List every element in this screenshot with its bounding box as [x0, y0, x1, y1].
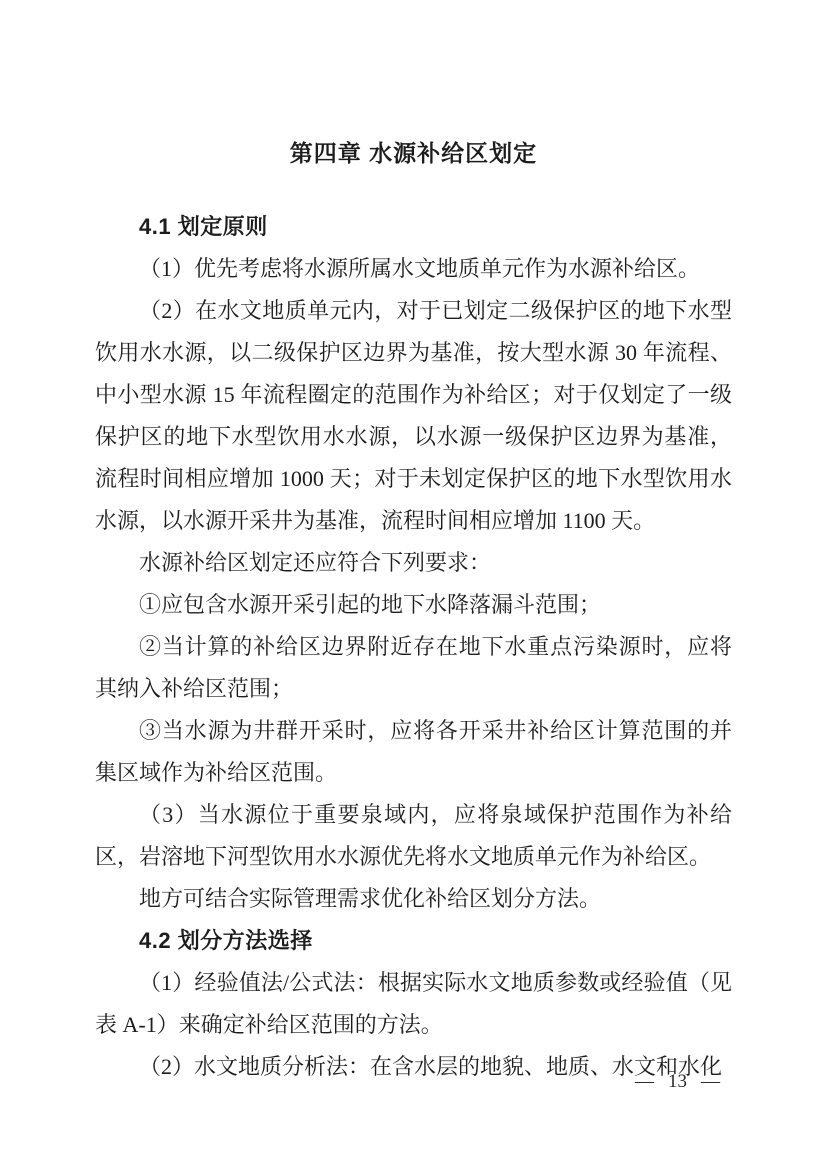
paragraph-principle-3: （3）当水源位于重要泉域内，应将泉域保护范围作为补给区，岩溶地下河型饮用水水源优… — [95, 794, 732, 878]
page-number: —13— — [635, 1070, 720, 1094]
footer-right-dash: — — [701, 1071, 720, 1092]
document-page: 第四章 水源补给区划定 4.1 划定原则 （1）优先考虑将水源所属水文地质单元作… — [0, 0, 826, 1169]
paragraph-requirement-1: ①应包含水源开采引起的地下水降落漏斗范围； — [95, 584, 732, 626]
chapter-title: 第四章 水源补给区划定 — [95, 0, 732, 170]
section-heading-4-2: 4.2 划分方法选择 — [95, 920, 732, 962]
paragraph-principle-2: （2）在水文地质单元内，对于已划定二级保护区的地下水型饮用水水源，以二级保护区边… — [95, 290, 732, 542]
footer-page-number: 13 — [668, 1071, 687, 1092]
paragraph-principle-1: （1）优先考虑将水源所属水文地质单元作为水源补给区。 — [95, 248, 732, 290]
paragraph-method-1: （1）经验值法/公式法：根据实际水文地质参数或经验值（见表 A-1）来确定补给区… — [95, 962, 732, 1046]
footer-left-dash: — — [635, 1071, 654, 1092]
paragraph-requirement-2: ②当计算的补给区边界附近存在地下水重点污染源时，应将其纳入补给区范围； — [95, 626, 732, 710]
paragraph-requirements-intro: 水源补给区划定还应符合下列要求： — [95, 542, 732, 584]
page-content: 第四章 水源补给区划定 4.1 划定原则 （1）优先考虑将水源所属水文地质单元作… — [95, 0, 732, 1088]
section-heading-4-1: 4.1 划定原则 — [95, 206, 732, 248]
paragraph-requirement-3: ③当水源为井群开采时，应将各开采井补给区计算范围的并集区域作为补给区范围。 — [95, 710, 732, 794]
paragraph-local-optimization: 地方可结合实际管理需求优化补给区划分方法。 — [95, 878, 732, 920]
